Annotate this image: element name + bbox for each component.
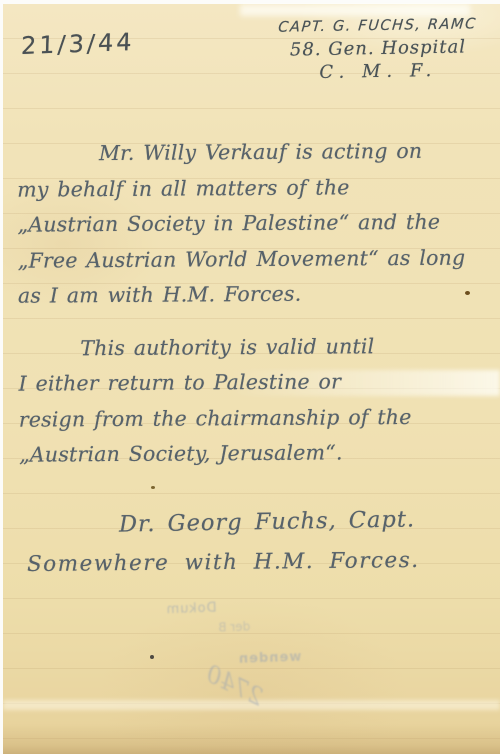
sender-unit-line: 58. Gen. Hospital <box>264 36 492 61</box>
ink-speck <box>151 486 155 489</box>
bleedthrough-stamp: Dokum der B wenden 2740 <box>93 597 314 700</box>
paper-edge-shadow <box>3 724 500 754</box>
body-line-4: „Free Austrian World Movement“ as long <box>18 240 496 279</box>
body-line-3: „Austrian Society in Palestine“ and the <box>17 204 495 243</box>
bleedthrough-fragment: der B <box>94 619 250 638</box>
body-line-9: „Austrian Society, Jerusalem“. <box>19 434 497 473</box>
signature-location-line: Somewhere with H.M. Forces. <box>27 548 420 577</box>
bleedthrough-fragment: Dokum <box>93 601 216 620</box>
signature-name-line: Dr. Georg Fuchs, Capt. <box>119 506 415 537</box>
body-line-5: as I am with H.M. Forces. <box>18 275 496 314</box>
body-line-6: This authority is valid until <box>18 328 496 367</box>
body-line-7: I either return to Palestine or <box>18 363 496 402</box>
body-line-1: Mr. Willy Verkauf is acting on <box>17 133 495 172</box>
letter-paper: 21/3/44 CAPT. G. FUCHS, RAMC 58. Gen. Ho… <box>3 4 500 754</box>
body-line-8: resign from the chairmanship of the <box>19 399 497 438</box>
sender-location-line: C. M. F. <box>264 59 492 84</box>
paper-crease <box>240 4 470 16</box>
sender-name-line: CAPT. G. FUCHS, RAMC <box>263 16 492 36</box>
letter-body: Mr. Willy Verkauf is acting on my behalf… <box>17 133 497 473</box>
letter-date: 21/3/44 <box>21 28 135 60</box>
sender-address-block: CAPT. G. FUCHS, RAMC 58. Gen. Hospital C… <box>263 16 492 84</box>
body-line-2: my behalf in all matters of the <box>17 169 495 208</box>
